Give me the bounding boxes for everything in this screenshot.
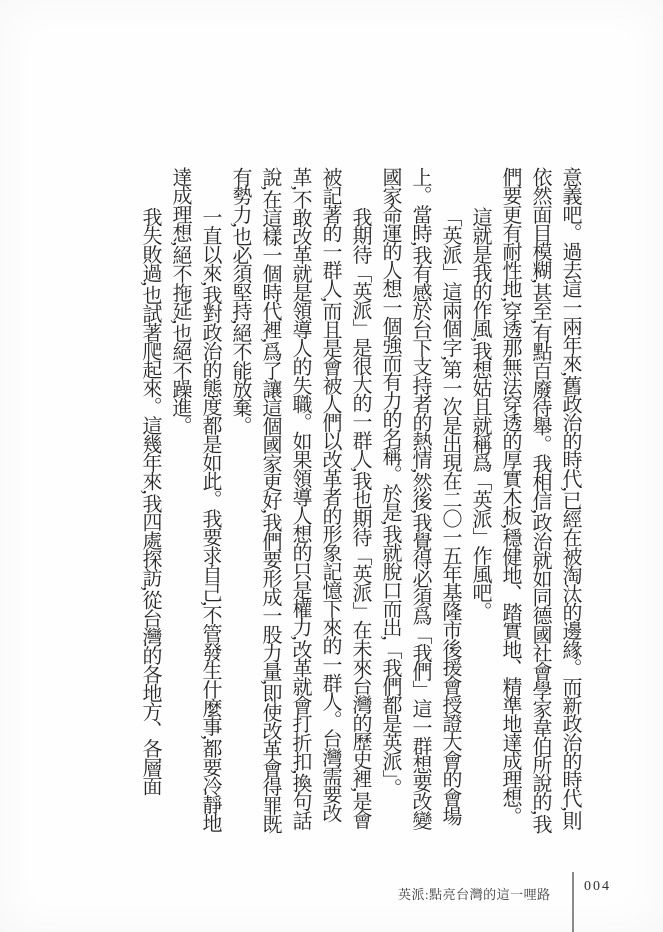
- running-foot-book-title: 英派:點亮台灣的這一哩路: [398, 884, 551, 903]
- paragraph-5: 一直以來,我對政治的態度都是如此。我要求自己,不管發生什麼事,都要冷靜地達成理想…: [165, 167, 225, 843]
- paragraph-2: 這就是我的作風,我想姑且就稱爲「英派」作風吧。: [465, 167, 495, 843]
- paragraph-1: 意義吧。過去這一兩年來,舊政治的時代,已經在被淘汰的邊緣。而新政治的時代,則依然…: [495, 167, 585, 843]
- footer-divider: [572, 872, 574, 932]
- body-text: 意義吧。過去這一兩年來,舊政治的時代,已經在被淘汰的邊緣。而新政治的時代,則依然…: [69, 167, 585, 843]
- page-number: 004: [584, 879, 611, 895]
- paragraph-3: 「英派」這兩個字,第一次是出現在二〇一五年基隆市後援會授證大會的會場上。當時,我…: [375, 167, 465, 843]
- paragraph-4: 我期待「英派」是很大的一群人,我也期待「英派」在未來台灣的歷史裡,是會被記著的一…: [225, 167, 375, 843]
- paragraph-6: 我失敗過,也試著爬起來。這幾年來,我四處探訪,從台灣的各地方、各層面: [135, 167, 165, 843]
- book-page: 意義吧。過去這一兩年來,舊政治的時代,已經在被淘汰的邊緣。而新政治的時代,則依然…: [0, 0, 663, 932]
- page-footer: 英派:點亮台灣的這一哩路 004: [0, 872, 663, 932]
